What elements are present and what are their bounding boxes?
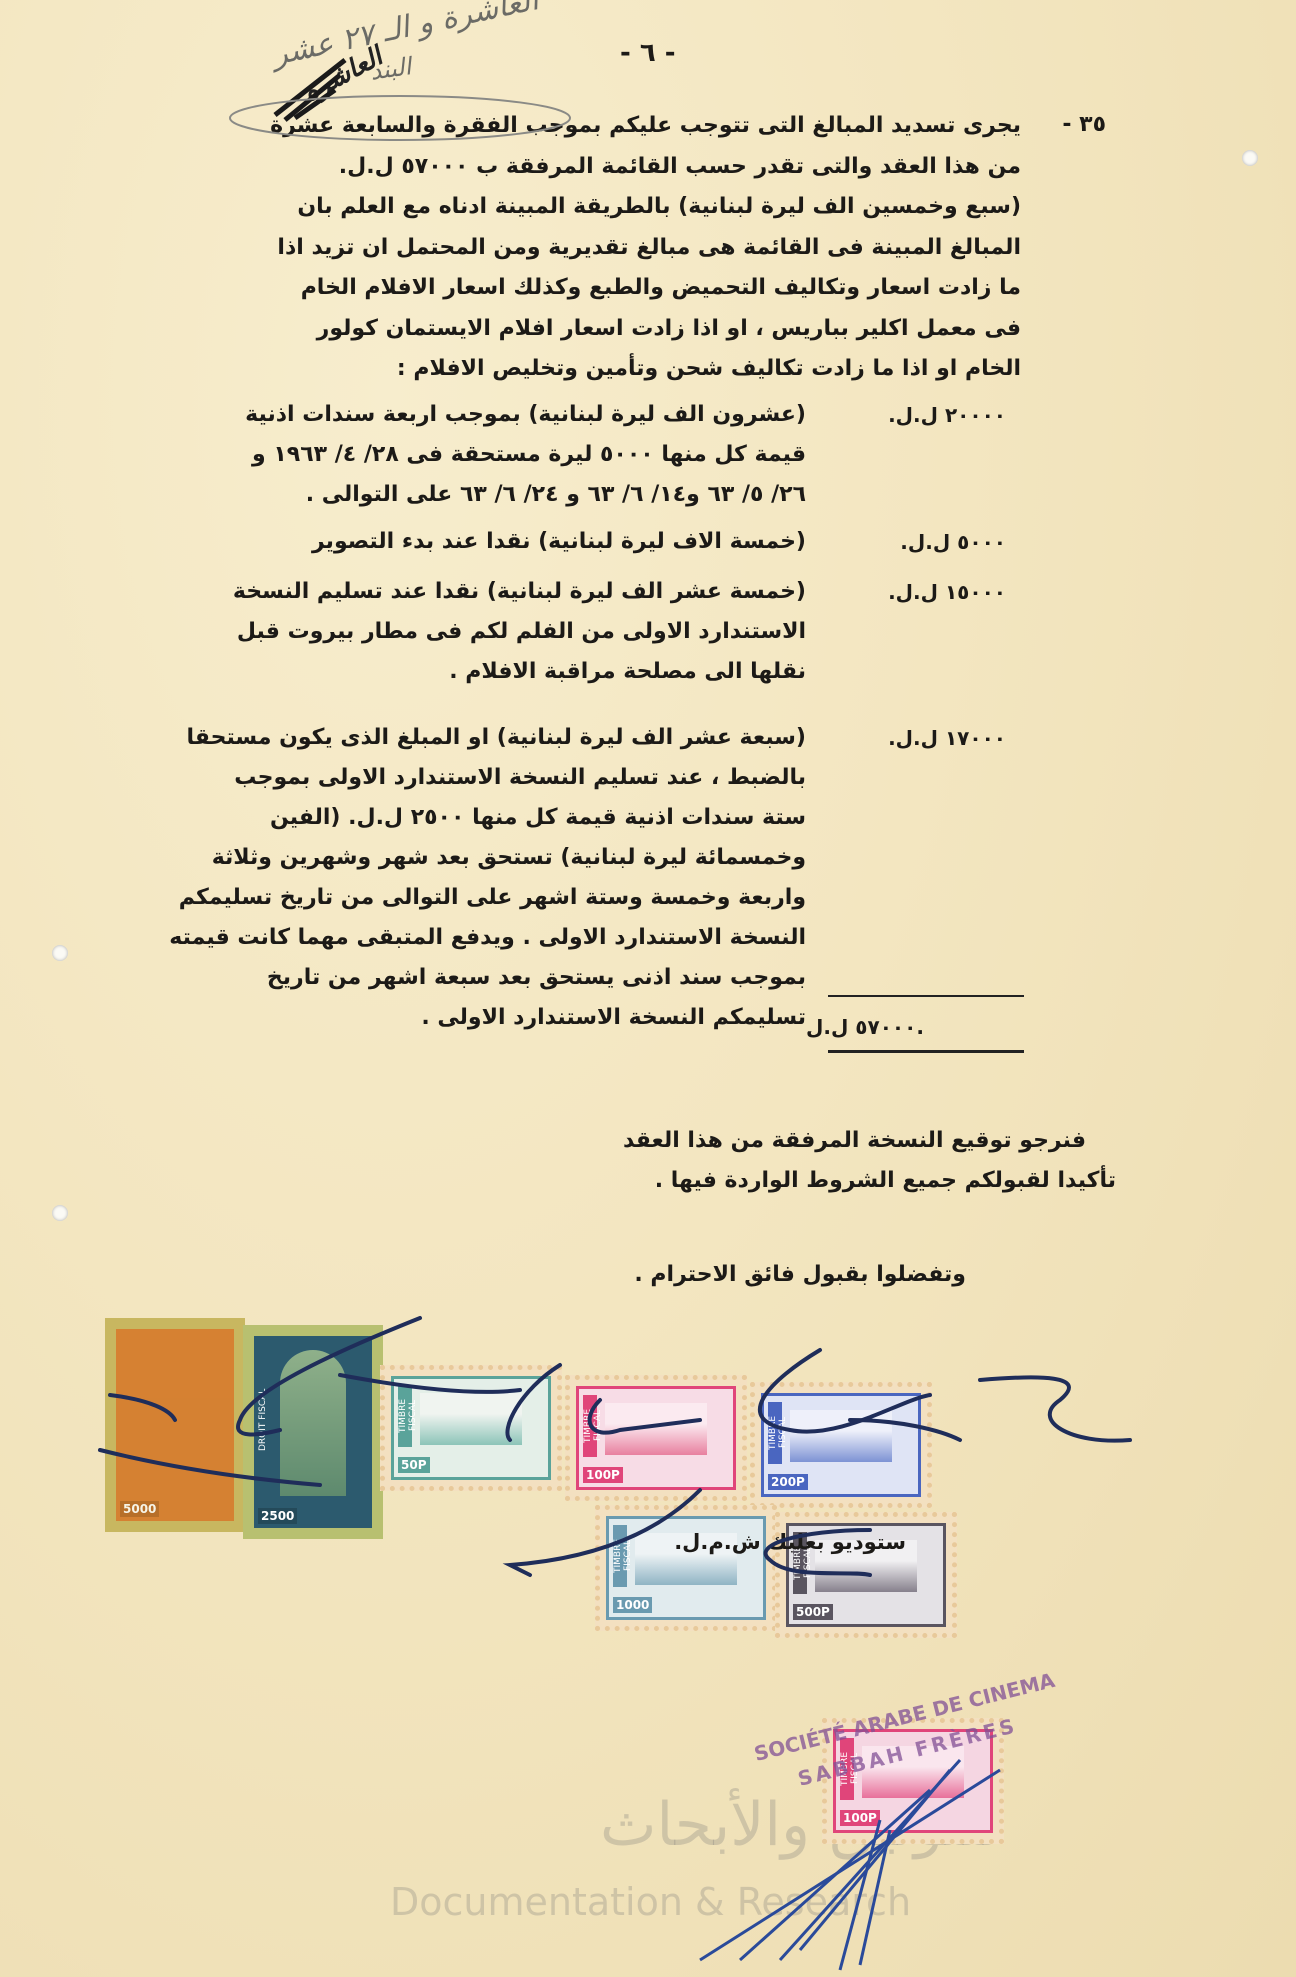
paragraph-line: من هذا العقد والتى تقدر حسب القائمة المر… (261, 147, 1021, 188)
installment-amount: ١٧٠٠٠ ل.ل. (806, 718, 1006, 1038)
intro-paragraph: يجرى تسديد المبالغ التى تتوجب عليكم بموج… (261, 106, 1021, 390)
stamp-value: 5000 (120, 1501, 159, 1517)
page-number: - ٦ - (620, 38, 676, 68)
stamp-value: 2500 (258, 1508, 297, 1524)
paragraph-line: المبالغ المبينة فى القائمة هى مبالغ تقدي… (261, 228, 1021, 269)
stamp-value: 100P (840, 1810, 880, 1826)
signature-company: ستوديو بعلبك ش.م.ل. (674, 1530, 906, 1554)
fiscal-stamp: TIMBRE FISCAL 1000 (595, 1505, 777, 1631)
stamp-type: TIMBRE FISCAL (768, 1402, 782, 1464)
watermark-english: Documentation & Research (390, 1880, 911, 1924)
total-amount: ٥٧٠٠٠ ل.ل. (806, 1015, 1006, 1039)
total-rule-bottom (828, 1050, 1024, 1053)
line: بموجب سند اذنى يستحق بعد سبعة اشهر من تا… (66, 958, 806, 998)
installment-text: (سبعة عشر الف ليرة لبنانية) او المبلغ ال… (66, 718, 806, 1038)
line: تسليمكم النسخة الاستندارد الاولى . (66, 998, 806, 1038)
stamp-type: TIMBRE FISCAL (398, 1385, 412, 1447)
line: بالضبط ، عند تسليم النسخة الاستندارد الا… (66, 758, 806, 798)
fiscal-stamp: TIMBRE FISCAL 100P (565, 1375, 747, 1501)
line: (خمسة عشر الف ليرة لبنانية) نقدا عند تسل… (66, 572, 806, 612)
stamp-value: 100P (583, 1467, 623, 1483)
stamp-type: DROIT FISCAL (258, 1342, 272, 1498)
installment-item: ٢٠٠٠٠ ل.ل. (عشرون الف ليرة لبنانية) بموج… (66, 395, 1006, 515)
fiscal-stamp: 5000 (105, 1318, 245, 1532)
closing-line: وتفضلوا بقبول فائق الاحترام . (634, 1262, 966, 1287)
paragraph-line: فى معمل اكلير بباريس ، او اذا زادت اسعار… (261, 309, 1021, 350)
paragraph-line: الخام او اذا ما زادت تكاليف شحن وتأمين و… (261, 349, 1021, 390)
punch-hole (52, 1205, 68, 1221)
line: وخمسمائة ليرة لبنانية) تستحق بعد شهر وشه… (66, 838, 806, 878)
line: (عشرون الف ليرة لبنانية) بموجب اربعة سند… (66, 395, 806, 435)
line: النسخة الاستندارد الاولى . ويدفع المتبقى… (66, 918, 806, 958)
stamp-value: 500P (793, 1604, 833, 1620)
line: واربعة وخمسة وستة اشهر على التوالى من تا… (66, 878, 806, 918)
clause-number: ٣٥ - (1062, 112, 1106, 137)
stamp-value: 1000 (613, 1597, 652, 1613)
closing-line: فنرجو توقيع النسخة المرفقة من هذا العقد (623, 1128, 1086, 1153)
fiscal-stamp: TIMBRE FISCAL 50P (380, 1365, 562, 1491)
paragraph-line: (سبع وخمسين الف ليرة لبنانية) بالطريقة ا… (261, 187, 1021, 228)
line: (خمسة الاف ليرة لبنانية) نقدا عند بدء ال… (66, 522, 806, 562)
line: ستة سندات اذنية قيمة كل منها ٢٥٠٠ ل.ل. (… (66, 798, 806, 838)
installment-text: (عشرون الف ليرة لبنانية) بموجب اربعة سند… (66, 395, 806, 515)
closing-line: تأكيدا لقبولكم جميع الشروط الواردة فيها … (655, 1168, 1116, 1193)
stamp-value: 200P (768, 1474, 808, 1490)
stamp-value: 50P (398, 1457, 430, 1473)
paragraph-line: ما زادت اسعار وتكاليف التحميض والطبع وكذ… (261, 268, 1021, 309)
fiscal-stamp: TIMBRE FISCAL 200P (750, 1382, 932, 1508)
line: (سبعة عشر الف ليرة لبنانية) او المبلغ ال… (66, 718, 806, 758)
line: قيمة كل منها ٥٠٠٠ ليرة مستحقة فى ٢٨/ ٤/ … (66, 435, 806, 475)
line: ٢٦/ ٥/ ٦٣ و١٤/ ٦/ ٦٣ و ٢٤/ ٦/ ٦٣ على الت… (66, 475, 806, 515)
installment-amount: ٥٠٠٠ ل.ل. (806, 522, 1006, 562)
installment-text: (خمسة الاف ليرة لبنانية) نقدا عند بدء ال… (66, 522, 806, 562)
stamp-type: TIMBRE FISCAL (583, 1395, 597, 1457)
total-rule-top (828, 995, 1024, 997)
installment-item: ١٥٠٠٠ ل.ل. (خمسة عشر الف ليرة لبنانية) ن… (66, 572, 1006, 692)
fiscal-stamp: DROIT FISCAL 2500 (243, 1325, 383, 1539)
paragraph-line: يجرى تسديد المبالغ التى تتوجب عليكم بموج… (261, 106, 1021, 147)
installment-item: ٥٠٠٠ ل.ل. (خمسة الاف ليرة لبنانية) نقدا … (66, 522, 1006, 562)
punch-hole (1242, 150, 1258, 166)
installment-amount: ٢٠٠٠٠ ل.ل. (806, 395, 1006, 515)
installment-amount: ١٥٠٠٠ ل.ل. (806, 572, 1006, 692)
line: الاستندارد الاولى من الفلم لكم فى مطار ب… (66, 612, 806, 652)
line: نقلها الى مصلحة مراقبة الافلام . (66, 652, 806, 692)
installment-item: ١٧٠٠٠ ل.ل. (سبعة عشر الف ليرة لبنانية) ا… (66, 718, 1006, 1038)
installment-text: (خمسة عشر الف ليرة لبنانية) نقدا عند تسل… (66, 572, 806, 692)
stamp-type: TIMBRE FISCAL (613, 1525, 627, 1587)
